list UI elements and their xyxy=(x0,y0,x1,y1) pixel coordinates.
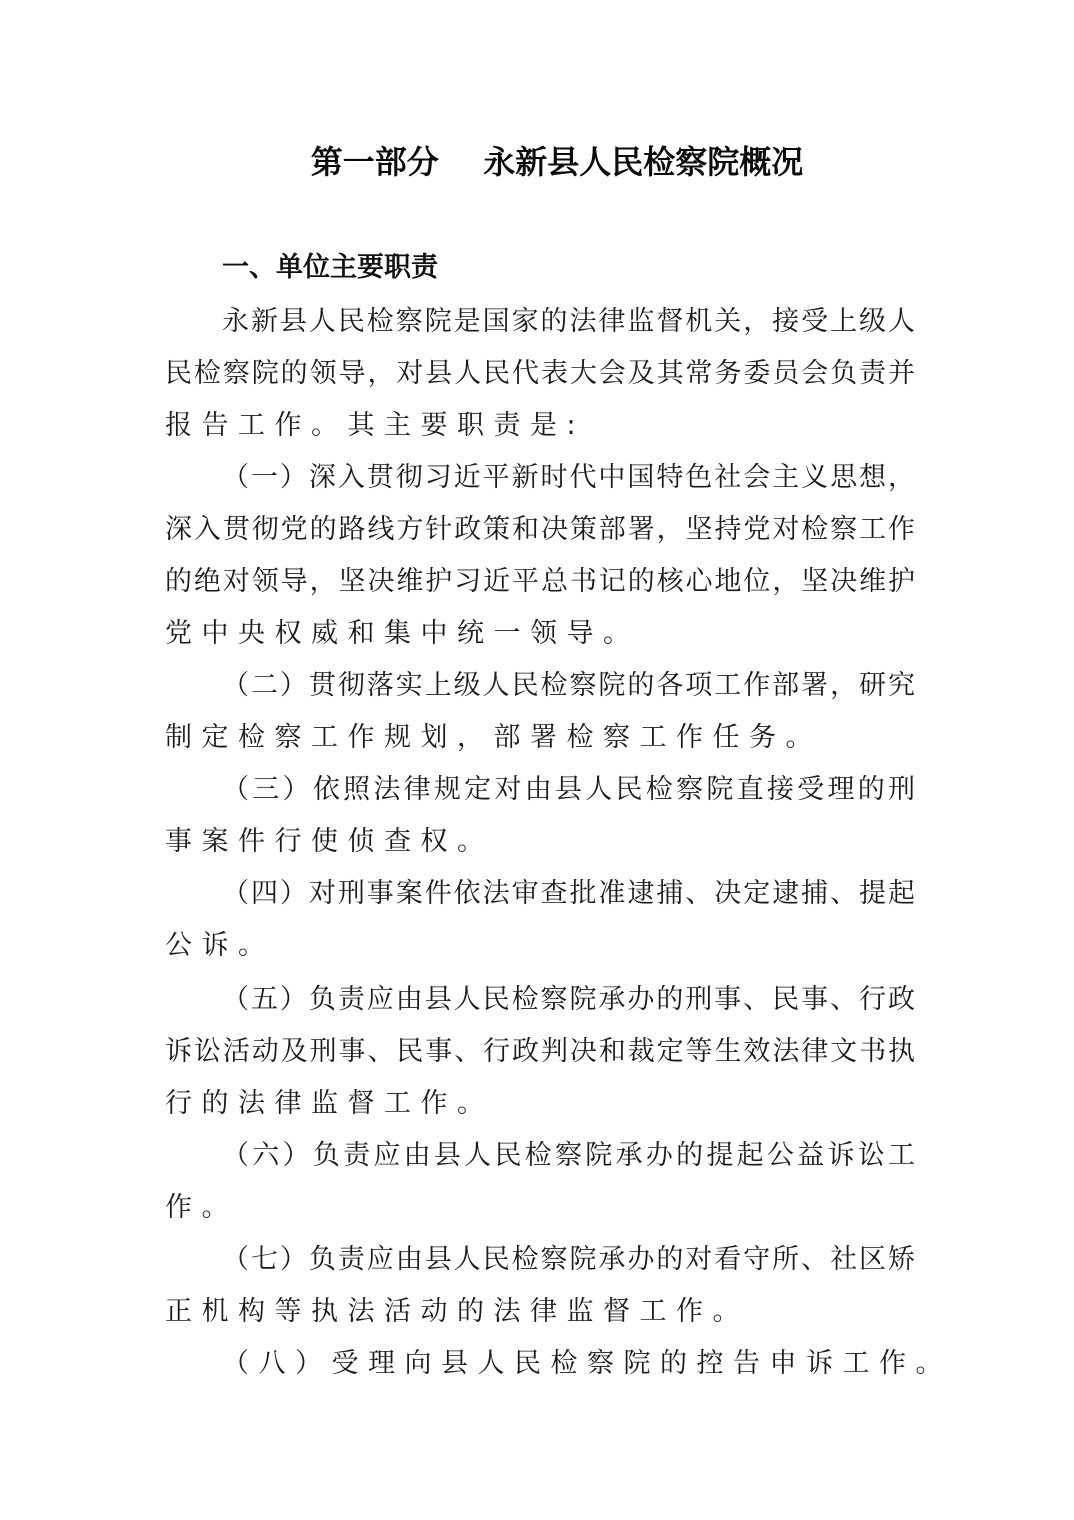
paragraph-line: 制定检察工作规划，部署检察工作任务。 xyxy=(165,712,915,764)
paragraph-line: 深入贯彻党的路线方针政策和决策部署，坚持党对检察工作 xyxy=(165,504,915,556)
paragraph-line: 党中央权威和集中统一领导。 xyxy=(165,608,915,660)
paragraph-line: 作。 xyxy=(165,1182,915,1234)
paragraph-line: （一）深入贯彻习近平新时代中国特色社会主义思想， xyxy=(222,452,915,504)
paragraph-line: 事案件行使侦查权。 xyxy=(165,816,915,868)
paragraph-line: （五）负责应由县人民检察院承办的刑事、民事、行政 xyxy=(222,974,915,1026)
paragraph-line: （六）负责应由县人民检察院承办的提起公益诉讼工 xyxy=(222,1130,915,1182)
paragraph-line: 报告工作。其主要职责是: xyxy=(165,400,915,452)
paragraph-line: 的绝对领导，坚决维护习近平总书记的核心地位，坚决维护 xyxy=(165,556,915,608)
page-title: 第一部分 永新县人民检察院概况 xyxy=(0,140,1074,184)
paragraph-line: 公诉。 xyxy=(165,920,915,972)
paragraph-line: 正机构等执法活动的法律监督工作。 xyxy=(165,1286,915,1338)
section-heading: 一、单位主要职责 xyxy=(222,248,438,288)
paragraph-line: （七）负责应由县人民检察院承办的对看守所、社区矫 xyxy=(222,1234,915,1286)
paragraph-line: 永新县人民检察院是国家的法律监督机关，接受上级人 xyxy=(222,296,915,348)
paragraph-line: （三）依照法律规定对由县人民检察院直接受理的刑 xyxy=(222,764,915,816)
paragraph-line: （八）受理向县人民检察院的控告申诉工作。 xyxy=(222,1338,915,1390)
paragraph-line: 民检察院的领导，对县人民代表大会及其常务委员会负责并 xyxy=(165,348,915,400)
paragraph-line: （四）对刑事案件依法审查批准逮捕、决定逮捕、提起 xyxy=(222,868,915,920)
document-page: 第一部分 永新县人民检察院概况 一、单位主要职责 永新县人民检察院是国家的法律监… xyxy=(0,0,1074,1520)
paragraph-line: （二）贯彻落实上级人民检察院的各项工作部署，研究 xyxy=(222,660,915,712)
paragraph-line: 行的法律监督工作。 xyxy=(165,1078,915,1130)
paragraph-line: 诉讼活动及刑事、民事、行政判决和裁定等生效法律文书执 xyxy=(165,1026,915,1078)
